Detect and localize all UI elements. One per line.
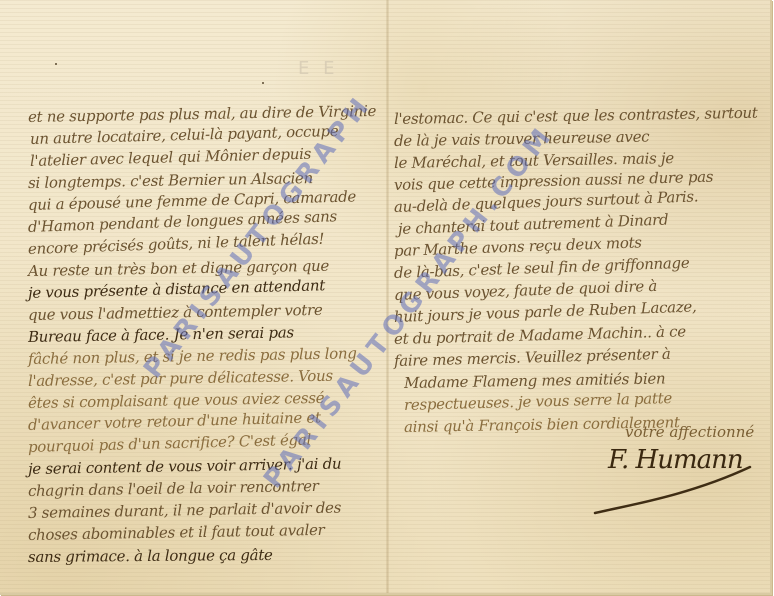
left-line: fâché non plus, et si je ne redis pas pl…	[28, 344, 357, 368]
left-line: l'adresse, c'est par pure délicatesse. V…	[28, 367, 333, 390]
left-line: d'avancer votre retour d'une huitaine et	[28, 408, 321, 434]
right-line: Madame Flameng mes amitiés bien	[404, 369, 666, 392]
left-line: un autre locataire, celui-là payant, occ…	[30, 122, 339, 148]
left-line: pourquoi pas d'un sacrifice? C'est égal	[28, 431, 311, 456]
left-line: choses abominables et il faut tout avale…	[28, 521, 325, 544]
right-line: respectueuses. je vous serre la patte	[404, 389, 672, 414]
ink-speck	[262, 82, 264, 84]
left-line: 3 semaines durant, il ne parlait d'avoir…	[28, 499, 341, 522]
letter-sheet: E E et ne supporte pas plus mal, au dire…	[0, 0, 772, 595]
ink-speck	[55, 63, 57, 65]
signature-flourish	[590, 465, 760, 525]
left-line: si longtemps. c'est Bernier un Alsacien	[28, 169, 313, 192]
closing-salutation: votre affectionné	[625, 423, 754, 441]
right-line: l'estomac. Ce qui c'est que les contrast…	[394, 104, 758, 128]
right-line: et du portrait de Madame Machin.. à ce	[394, 322, 686, 348]
right-line: faire mes mercis. Veuillez présenter à	[394, 345, 671, 370]
left-line: sans grimace. à la longue ça gâte	[28, 546, 273, 566]
left-line: je vous présente à distance en attendant	[28, 276, 325, 302]
left-line: l'atelier avec lequel qui Mônier depuis	[30, 145, 311, 170]
page-fold	[386, 0, 389, 593]
emboss-mark: E E	[298, 58, 338, 79]
